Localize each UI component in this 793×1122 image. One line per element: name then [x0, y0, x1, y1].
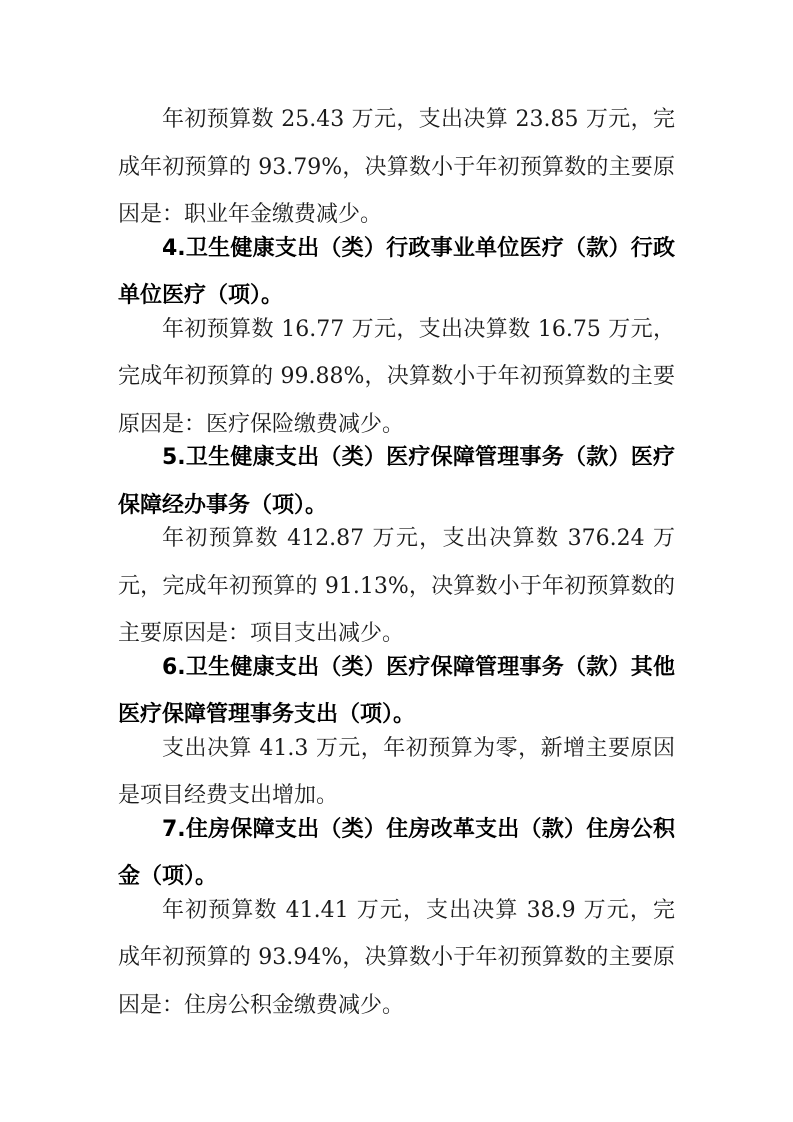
- paragraph-budget-item-5-detail: 年初预算数 412.87 万元，支出决算数 376.24 万元，完成年初预算的 …: [118, 515, 675, 658]
- document-page: 年初预算数 25.43 万元，支出决算 23.85 万元，完成年初预算的 93.…: [0, 0, 793, 1122]
- paragraph-budget-item-4-detail: 年初预算数 16.77 万元，支出决算数 16.75 万元，完成年初预算的 99…: [118, 306, 675, 449]
- paragraph-budget-item-7-detail: 年初预算数 41.41 万元，支出决算 38.9 万元，完成年初预算的 93.9…: [118, 887, 675, 1030]
- paragraph-budget-item-3-detail: 年初预算数 25.43 万元，支出决算 23.85 万元，完成年初预算的 93.…: [118, 96, 675, 239]
- document-body: 年初预算数 25.43 万元，支出决算 23.85 万元，完成年初预算的 93.…: [118, 96, 675, 1029]
